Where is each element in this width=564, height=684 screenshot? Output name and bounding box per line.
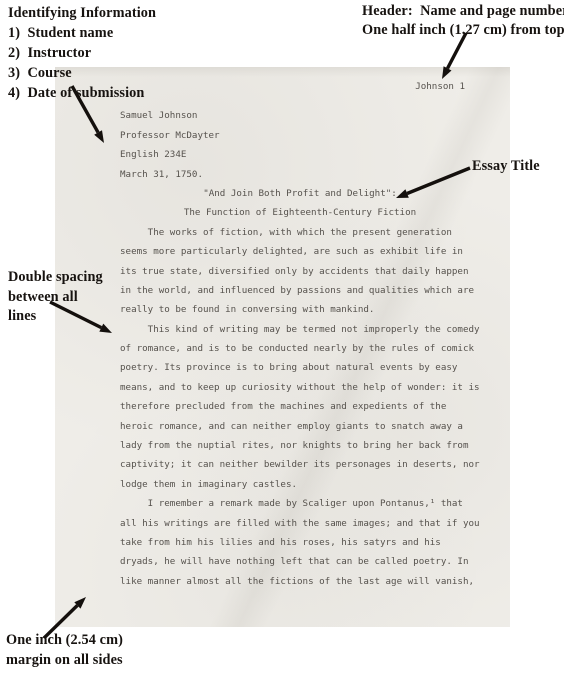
essay-body-line: take from him his lilies and his roses, … xyxy=(120,533,480,552)
annotation-line: One inch (2.54 cm) xyxy=(6,631,123,651)
annotation-line: between all xyxy=(8,288,103,308)
identifying-information-block: Samuel JohnsonProfessor McDayterEnglish … xyxy=(120,106,480,184)
identity-line: English 234E xyxy=(120,145,480,164)
annotation-list-item: 3) Course xyxy=(8,63,156,83)
identity-line: March 31, 1750. xyxy=(120,165,480,184)
annotation-line: margin on all sides xyxy=(6,651,123,671)
essay-body-line: dryads, he will have nothing left that c… xyxy=(120,552,480,571)
annotation-line: Double spacing xyxy=(8,268,103,288)
annotation-margin: One inch (2.54 cm)margin on all sides xyxy=(6,631,123,670)
essay-body-line: its true state, diversified only by acci… xyxy=(120,262,480,281)
identity-line: Samuel Johnson xyxy=(120,106,480,125)
essay-page: Johnson 1 Samuel JohnsonProfessor McDayt… xyxy=(55,67,510,627)
essay-body-text: The works of fiction, with which the pre… xyxy=(120,223,480,591)
essay-body-line: of romance, and is to be conducted nearl… xyxy=(120,339,480,358)
essay-body-line: really to be found in conversing with ma… xyxy=(120,300,480,319)
essay-body-line: I remember a remark made by Scaliger upo… xyxy=(120,494,480,513)
annotation-header-note: Header: Name and page numberOne half inc… xyxy=(362,2,564,39)
essay-body-line: all his writings are filled with the sam… xyxy=(120,514,480,533)
page-header-name-number: Johnson 1 xyxy=(120,77,480,96)
essay-body-line: means, and to keep up curiosity without … xyxy=(120,378,480,397)
annotation-line: lines xyxy=(8,307,103,327)
annotation-line: Header: Name and page number xyxy=(362,2,564,21)
essay-body-line: The works of fiction, with which the pre… xyxy=(120,223,480,242)
essay-body-line: This kind of writing may be termed not i… xyxy=(120,320,480,339)
annotation-essay-title: Essay Title xyxy=(472,157,540,177)
annotation-line: One half inch (1.27 cm) from top xyxy=(362,21,564,40)
annotation-double-spacing: Double spacingbetween alllines xyxy=(8,268,103,327)
annotation-title: Identifying Information xyxy=(8,3,156,23)
essay-body-line: lady from the nuptial rites, nor knights… xyxy=(120,436,480,455)
essay-body-line: poetry. Its province is to bring about n… xyxy=(120,358,480,377)
annotation-list-item: 2) Instructor xyxy=(8,43,156,63)
essay-page-content: Johnson 1 Samuel JohnsonProfessor McDayt… xyxy=(55,67,510,627)
essay-body-line: seems more particularly delighted, are s… xyxy=(120,242,480,261)
identity-line: Professor McDayter xyxy=(120,126,480,145)
essay-body-line: heroic romance, and can neither employ g… xyxy=(120,417,480,436)
essay-body-line: captivity; it can neither bewilder its p… xyxy=(120,455,480,474)
annotation-list-item: 1) Student name xyxy=(8,23,156,43)
annotation-list-item: 4) Date of submission xyxy=(8,83,156,103)
essay-title-line: The Function of Eighteenth-Century Ficti… xyxy=(120,203,480,222)
essay-title-block: "And Join Both Profit and Delight":The F… xyxy=(120,184,480,223)
essay-body-line: like manner almost all the fictions of t… xyxy=(120,572,480,591)
mla-format-figure: Johnson 1 Samuel JohnsonProfessor McDayt… xyxy=(0,0,564,684)
essay-body-line: therefore precluded from the machines an… xyxy=(120,397,480,416)
annotation-identifying-list: 1) Student name2) Instructor3) Course4) … xyxy=(8,23,156,103)
essay-title-line: "And Join Both Profit and Delight": xyxy=(120,184,480,203)
essay-body-line: in the world, and influenced by passions… xyxy=(120,281,480,300)
annotation-identifying-information: Identifying Information 1) Student name2… xyxy=(8,3,156,103)
essay-body-line: lodge them in imaginary castles. xyxy=(120,475,480,494)
